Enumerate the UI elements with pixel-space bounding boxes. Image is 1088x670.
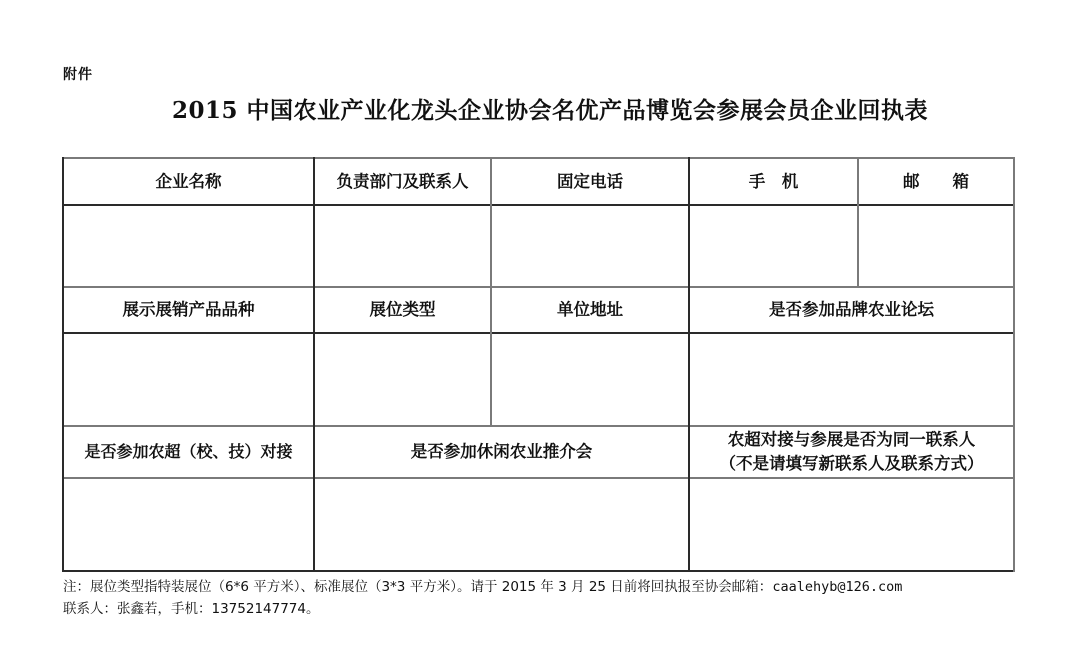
header-same-contact-line1: 农超对接与参展是否为同一联系人 [728,428,976,452]
department-contact-field[interactable] [315,206,490,286]
header-same-contact-line2: （不是请填写新联系人及联系方式） [720,452,984,476]
table-border-right [1013,157,1015,572]
footer-note-line1: 注：展位类型指特装展位（6*6 平方米）、标准展位（3*3 平方米）。请于 20… [63,575,902,595]
product-varieties-field[interactable] [64,334,313,425]
email-field[interactable] [859,206,1013,286]
company-name-field[interactable] [64,206,313,286]
address-field[interactable] [492,334,688,425]
header-leisure-agri: 是否参加休闲农业推介会 [315,427,688,477]
same-contact-field[interactable] [690,479,1013,570]
header-same-contact: 农超对接与参展是否为同一联系人 （不是请填写新联系人及联系方式） [690,427,1013,477]
mobile-field[interactable] [690,206,857,286]
booth-type-field[interactable] [315,334,490,425]
footer-email-link[interactable]: caalehyb@126.com [772,579,902,595]
header-address: 单位地址 [492,288,688,332]
header-department-contact: 负责部门及联系人 [315,159,490,204]
header-company-name: 企业名称 [64,159,313,204]
header-product-varieties: 展示展销产品品种 [64,288,313,332]
header-landline: 固定电话 [492,159,688,204]
farm-supermarket-field[interactable] [64,479,313,570]
document-title: 2015 中国农业产业化龙头企业协会名优产品博览会参展会员企业回执表 [0,92,1088,125]
footer-note-text: 注：展位类型指特装展位（6*6 平方米）、标准展位（3*3 平方米）。请于 20… [63,579,772,595]
reply-form-table: 企业名称 负责部门及联系人 固定电话 手 机 邮 箱 展示展销产品品种 展位类型… [62,157,1015,572]
footer-note-line2: 联系人：张鑫若，手机：13752147774。 [63,597,319,617]
attachment-label: 附件 [63,64,93,84]
leisure-agri-field[interactable] [315,479,688,570]
header-brand-forum: 是否参加品牌农业论坛 [690,288,1013,332]
header-farm-supermarket: 是否参加农超（校、技）对接 [64,427,313,477]
header-booth-type: 展位类型 [315,288,490,332]
landline-field[interactable] [492,206,688,286]
table-border-bottom [62,570,1015,572]
brand-forum-field[interactable] [690,334,1013,425]
header-email: 邮 箱 [859,159,1013,204]
header-mobile: 手 机 [690,159,857,204]
